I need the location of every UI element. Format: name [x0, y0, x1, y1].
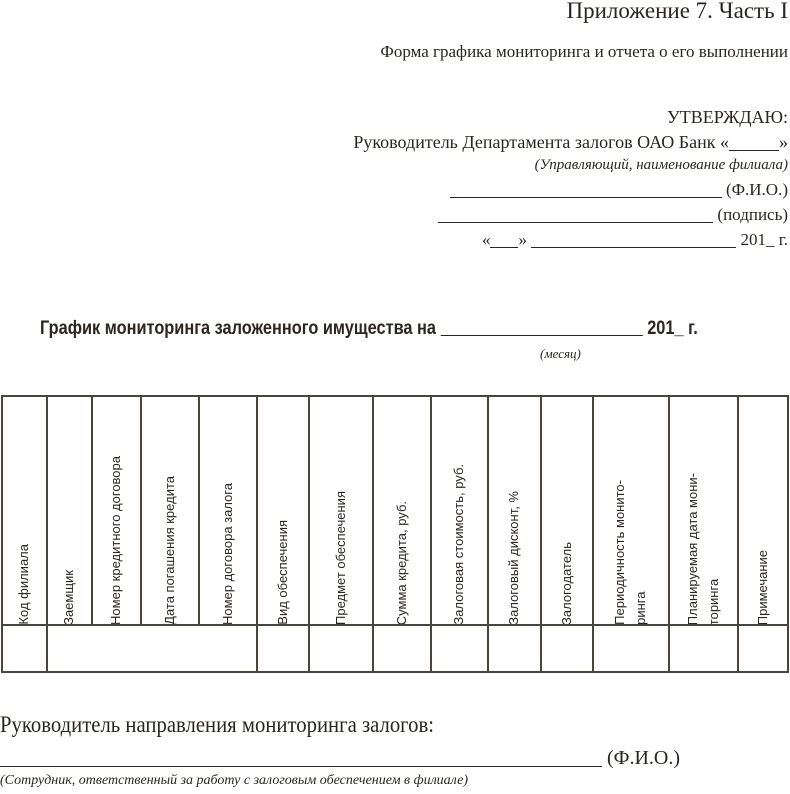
column-header-label: Предмет обеспечения [331, 481, 352, 625]
table-border [430, 395, 432, 672]
manager-hint: (Управляющий, наименование филиала) [535, 157, 788, 174]
table-border [1, 395, 3, 672]
monitoring-fio-field[interactable] [0, 746, 602, 767]
column-header: Номер договора залога [200, 396, 256, 625]
quote-close: » [518, 230, 527, 249]
appendix-title: Приложение 7. Часть I [566, 0, 788, 24]
monitoring-head-label: Руководитель направления мониторинга зал… [0, 712, 434, 738]
table-border [308, 395, 310, 672]
column-header: Предмет обеспечения [310, 396, 372, 625]
column-header-label: Планируемая дата мони- торинга [683, 463, 725, 625]
table-border [787, 395, 789, 672]
column-header-label: Примечание [753, 540, 774, 625]
table-cell[interactable] [3, 625, 46, 672]
month-field[interactable] [531, 230, 736, 248]
table-border [668, 395, 670, 672]
column-header: Залоговая стоимость, руб. [432, 396, 487, 625]
dept-head-text: Руководитель Департамента залогов ОАО Ба… [353, 132, 729, 152]
column-header: Периодичность монито- ринга [594, 396, 668, 625]
table-border [91, 395, 93, 625]
table-cell[interactable] [489, 625, 540, 672]
approval-date-line: «» 201_ г. [482, 230, 788, 250]
table-border [540, 395, 542, 672]
table-cell[interactable] [48, 625, 256, 672]
table-cell[interactable] [739, 625, 787, 672]
column-header-label: Залоговый дисконт, % [504, 481, 525, 625]
table-cell[interactable] [432, 625, 487, 672]
column-header-label: Код филиала [14, 534, 35, 625]
monitoring-fio-label: (Ф.И.О.) [607, 747, 680, 769]
signature-line: (подпись) [438, 205, 788, 225]
column-header-label: Залогодатель [557, 532, 578, 625]
table-cell[interactable] [374, 625, 430, 672]
table-border [1, 395, 789, 397]
table-border [372, 395, 374, 672]
table-border [487, 395, 489, 672]
column-header: Код филиала [3, 396, 46, 625]
year-label: 201_ г. [740, 230, 788, 249]
column-header-label: Заемщик [59, 560, 80, 625]
schedule-title: График мониторинга заложенного имущества… [40, 316, 698, 340]
column-header-label: Залоговая стоимость, руб. [449, 454, 470, 625]
employee-hint: (Сотрудник, ответственный за работу с за… [0, 773, 468, 789]
signature-label: (подпись) [717, 205, 788, 224]
approve-label: УТВЕРЖДАЮ: [667, 107, 788, 128]
table-cell[interactable] [258, 625, 308, 672]
table-cell[interactable] [542, 625, 592, 672]
monitoring-schedule-table: Код филиалаЗаемщикНомер кредитного догов… [1, 396, 789, 672]
schedule-year: 201_ г. [647, 318, 698, 339]
table-cell[interactable] [594, 625, 668, 672]
column-header-label: Вид обеспечения [273, 510, 294, 625]
column-header: Дата погашения кредита [142, 396, 198, 625]
month-hint: (месяц) [540, 346, 581, 362]
day-field[interactable] [490, 230, 518, 248]
column-header: Планируемая дата мони- торинга [670, 396, 737, 625]
schedule-title-text: График мониторинга заложенного имущества… [40, 318, 436, 339]
table-border [46, 395, 48, 672]
column-header-label: Дата погашения кредита [160, 466, 181, 625]
approver-signature-field[interactable] [438, 205, 713, 223]
column-header-label: Сумма кредита, руб. [392, 491, 413, 625]
fio-line: (Ф.И.О.) [450, 180, 788, 200]
column-header-label: Номер кредитного договора [106, 446, 127, 625]
column-header: Залогодатель [542, 396, 592, 625]
column-header: Вид обеспечения [258, 396, 308, 625]
approver-fio-field[interactable] [450, 180, 722, 198]
bank-name-field[interactable] [729, 132, 779, 151]
column-header-label: Номер договора залога [218, 473, 239, 625]
column-header: Номер кредитного договора [93, 396, 140, 625]
column-header: Залоговый дисконт, % [489, 396, 540, 625]
table-cell[interactable] [310, 625, 372, 672]
table-cell[interactable] [670, 625, 737, 672]
table-border [737, 395, 739, 672]
monitoring-fio-line: (Ф.И.О.) [0, 746, 680, 770]
column-header: Примечание [739, 396, 787, 625]
dept-head-line: Руководитель Департамента залогов ОАО Ба… [353, 132, 788, 153]
schedule-month-field[interactable] [441, 316, 643, 336]
table-border [1, 624, 789, 626]
table-border [592, 395, 594, 672]
form-title: Форма графика мониторинга и отчета о его… [380, 42, 788, 62]
column-header: Заемщик [48, 396, 91, 625]
fio-label: (Ф.И.О.) [726, 180, 788, 199]
table-border [256, 395, 258, 672]
column-header: Сумма кредита, руб. [374, 396, 430, 625]
quote-open: « [482, 230, 491, 249]
dept-head-quote: » [779, 132, 788, 152]
column-header-label: Периодичность монито- ринга [610, 470, 652, 625]
table-border [198, 395, 200, 625]
table-border [140, 395, 142, 625]
table-border [1, 671, 789, 673]
